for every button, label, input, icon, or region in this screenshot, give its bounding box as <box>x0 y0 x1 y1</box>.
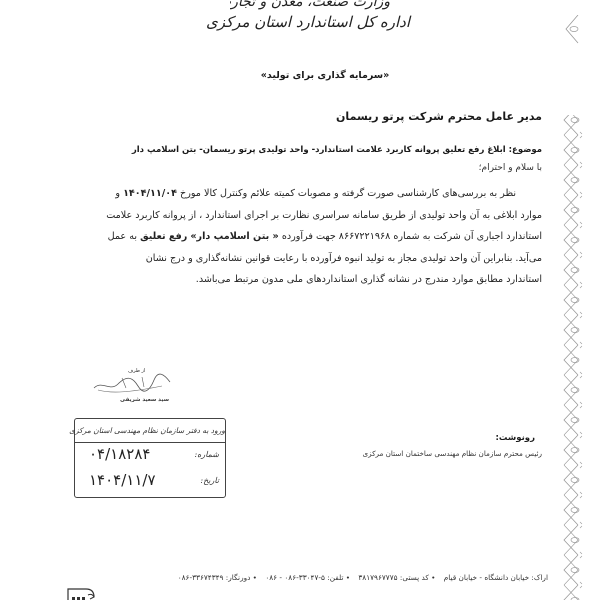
signature-block: از طرف سید سعید شریفی <box>92 368 192 408</box>
letter-body: نظر به بررسی‌های کارشناسی صورت گرفته و م… <box>102 183 542 291</box>
body-line-1: نظر به بررسی‌های کارشناسی صورت گرفته و م… <box>102 183 542 205</box>
footer-address: اراک: خیابان دانشگاه - خیابان قیام <box>444 573 548 582</box>
stamp-number-row: شماره: ۰۴/۱۸۲۸۴ <box>75 443 225 469</box>
body-line-3: استاندارد اجباری آن شرکت به شماره ۸۶۶۷۲۲… <box>102 226 542 248</box>
signature-scribble-icon <box>92 372 172 394</box>
unsuspension-phrase: رفع تعلیق <box>140 231 187 242</box>
body-line-2: موارد ابلاغی به آن واحد تولیدی از طریق س… <box>102 205 542 227</box>
registration-stamp: ورود به دفتر سازمان نظام مهندسی استان مر… <box>74 418 226 498</box>
letterhead-department: اداره کل استاندارد استان مرکزی <box>230 13 410 31</box>
stamp-number-value: ۰۴/۱۸۲۸۴ <box>89 445 150 463</box>
decorative-border-pattern-icon <box>558 15 584 600</box>
recipient: مدیر عامل محترم شرکت پرتو ریسمان <box>336 110 542 123</box>
stamp-date-row: تاریخ: ۱۴۰۴/۱۱/۷ <box>75 469 225 495</box>
footer-phone: • تلفن: ۵-۳۳۰۴۷-۰۸۶ - ۰۸۶ <box>265 573 350 582</box>
stamp-date-value: ۱۴۰۴/۱۱/۷ <box>89 471 156 489</box>
stamp-number-label: شماره: <box>194 450 219 459</box>
year-slogan: «سرمایه گذاری برای تولید» <box>250 70 400 81</box>
signatory-name: سید سعید شریفی <box>120 397 169 403</box>
letterhead-ministry-line: وزارت صنعت، معدن و تجارت سازمان ملی استا… <box>230 0 390 10</box>
standard-logo-icon <box>66 583 96 600</box>
product-name: « بتن اسلامپ دار» <box>190 231 278 242</box>
cc-item: رئیس محترم سازمان نظام مهندسی ساختمان اس… <box>363 449 542 458</box>
stamp-date-label: تاریخ: <box>200 476 219 485</box>
cc-label: رونوشت: <box>496 433 535 443</box>
greeting: با سلام و احترام؛ <box>479 163 542 173</box>
body-line-4: می‌آید. بنابراین آن واحد تولیدی مجاز به … <box>102 248 542 270</box>
committee-date: ۱۴۰۴/۱۱/۰۴ <box>123 188 177 199</box>
footer-postal-code: • کد پستی: ۳۸۱۷۹۶۷۷۷۵ <box>358 573 435 582</box>
subject-line: موضوع: ابلاغ رفع تعلیق پروانه کاربرد علا… <box>122 145 542 155</box>
stamp-title: ورود به دفتر سازمان نظام مهندسی استان مر… <box>75 419 225 443</box>
footer-fax: • دورنگار: ۳۳۶۷۴۳۴۹-۰۸۶ <box>178 573 257 582</box>
body-line-5: استاندارد مطابق موارد مندرج در نشانه گذا… <box>102 269 542 291</box>
footer-contact: اراک: خیابان دانشگاه - خیابان قیام • کد … <box>78 573 548 582</box>
